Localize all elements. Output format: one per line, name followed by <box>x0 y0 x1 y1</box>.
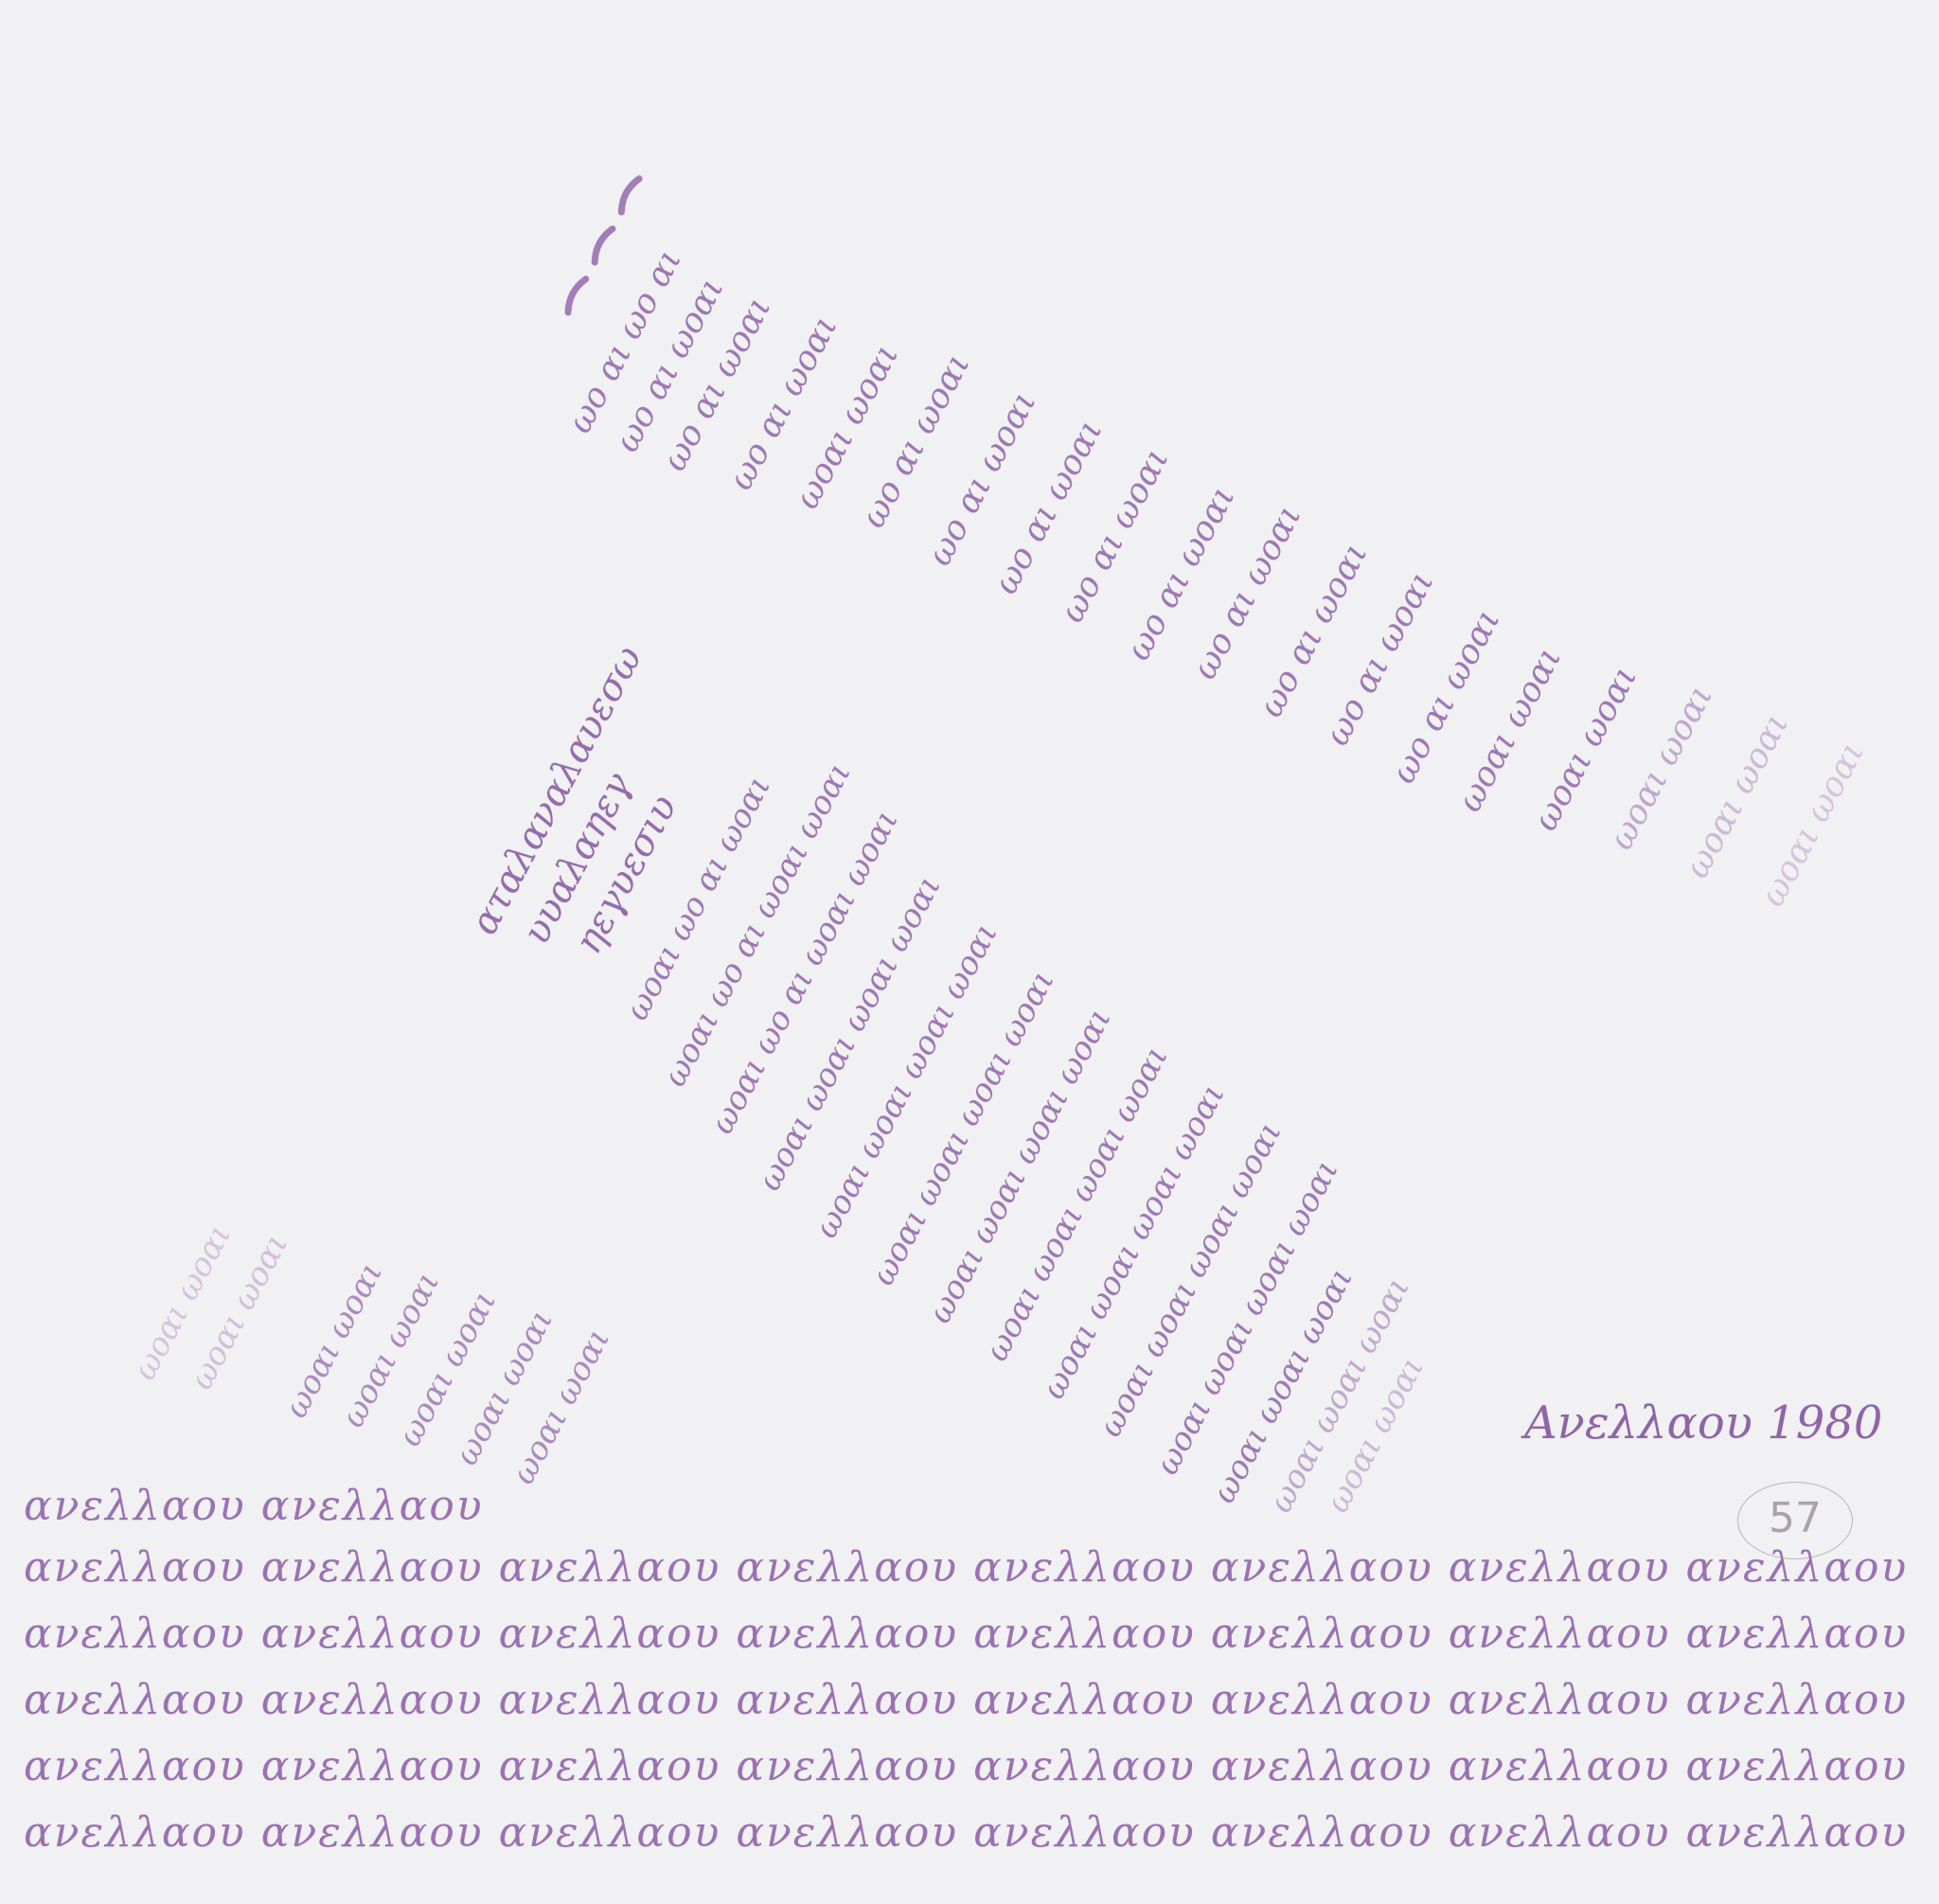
bottom-row-3: ανελλαου ανελλαου ανελλαου ανελλαου ανελ… <box>24 1610 1908 1658</box>
bottom-row-2: ανελλαου ανελλαου ανελλαου ανελλαου ανελ… <box>24 1543 1908 1592</box>
bottom-row-5: ανελλαου ανελλαου ανελλαου ανελλαου ανελ… <box>24 1742 1908 1790</box>
catalog-number: 57 <box>1769 1494 1822 1542</box>
artist-signature: Ανελλαου 1980 <box>1524 1397 1882 1450</box>
bottom-row-1: ανελλαου ανελλαου <box>24 1482 484 1530</box>
bottom-row-6: ανελλαου ανελλαου ανελλαου ανελλαου ανελ… <box>24 1808 1908 1857</box>
bottom-row-4: ανελλαου ανελλαου ανελλαου ανελλαου ανελ… <box>24 1676 1908 1724</box>
